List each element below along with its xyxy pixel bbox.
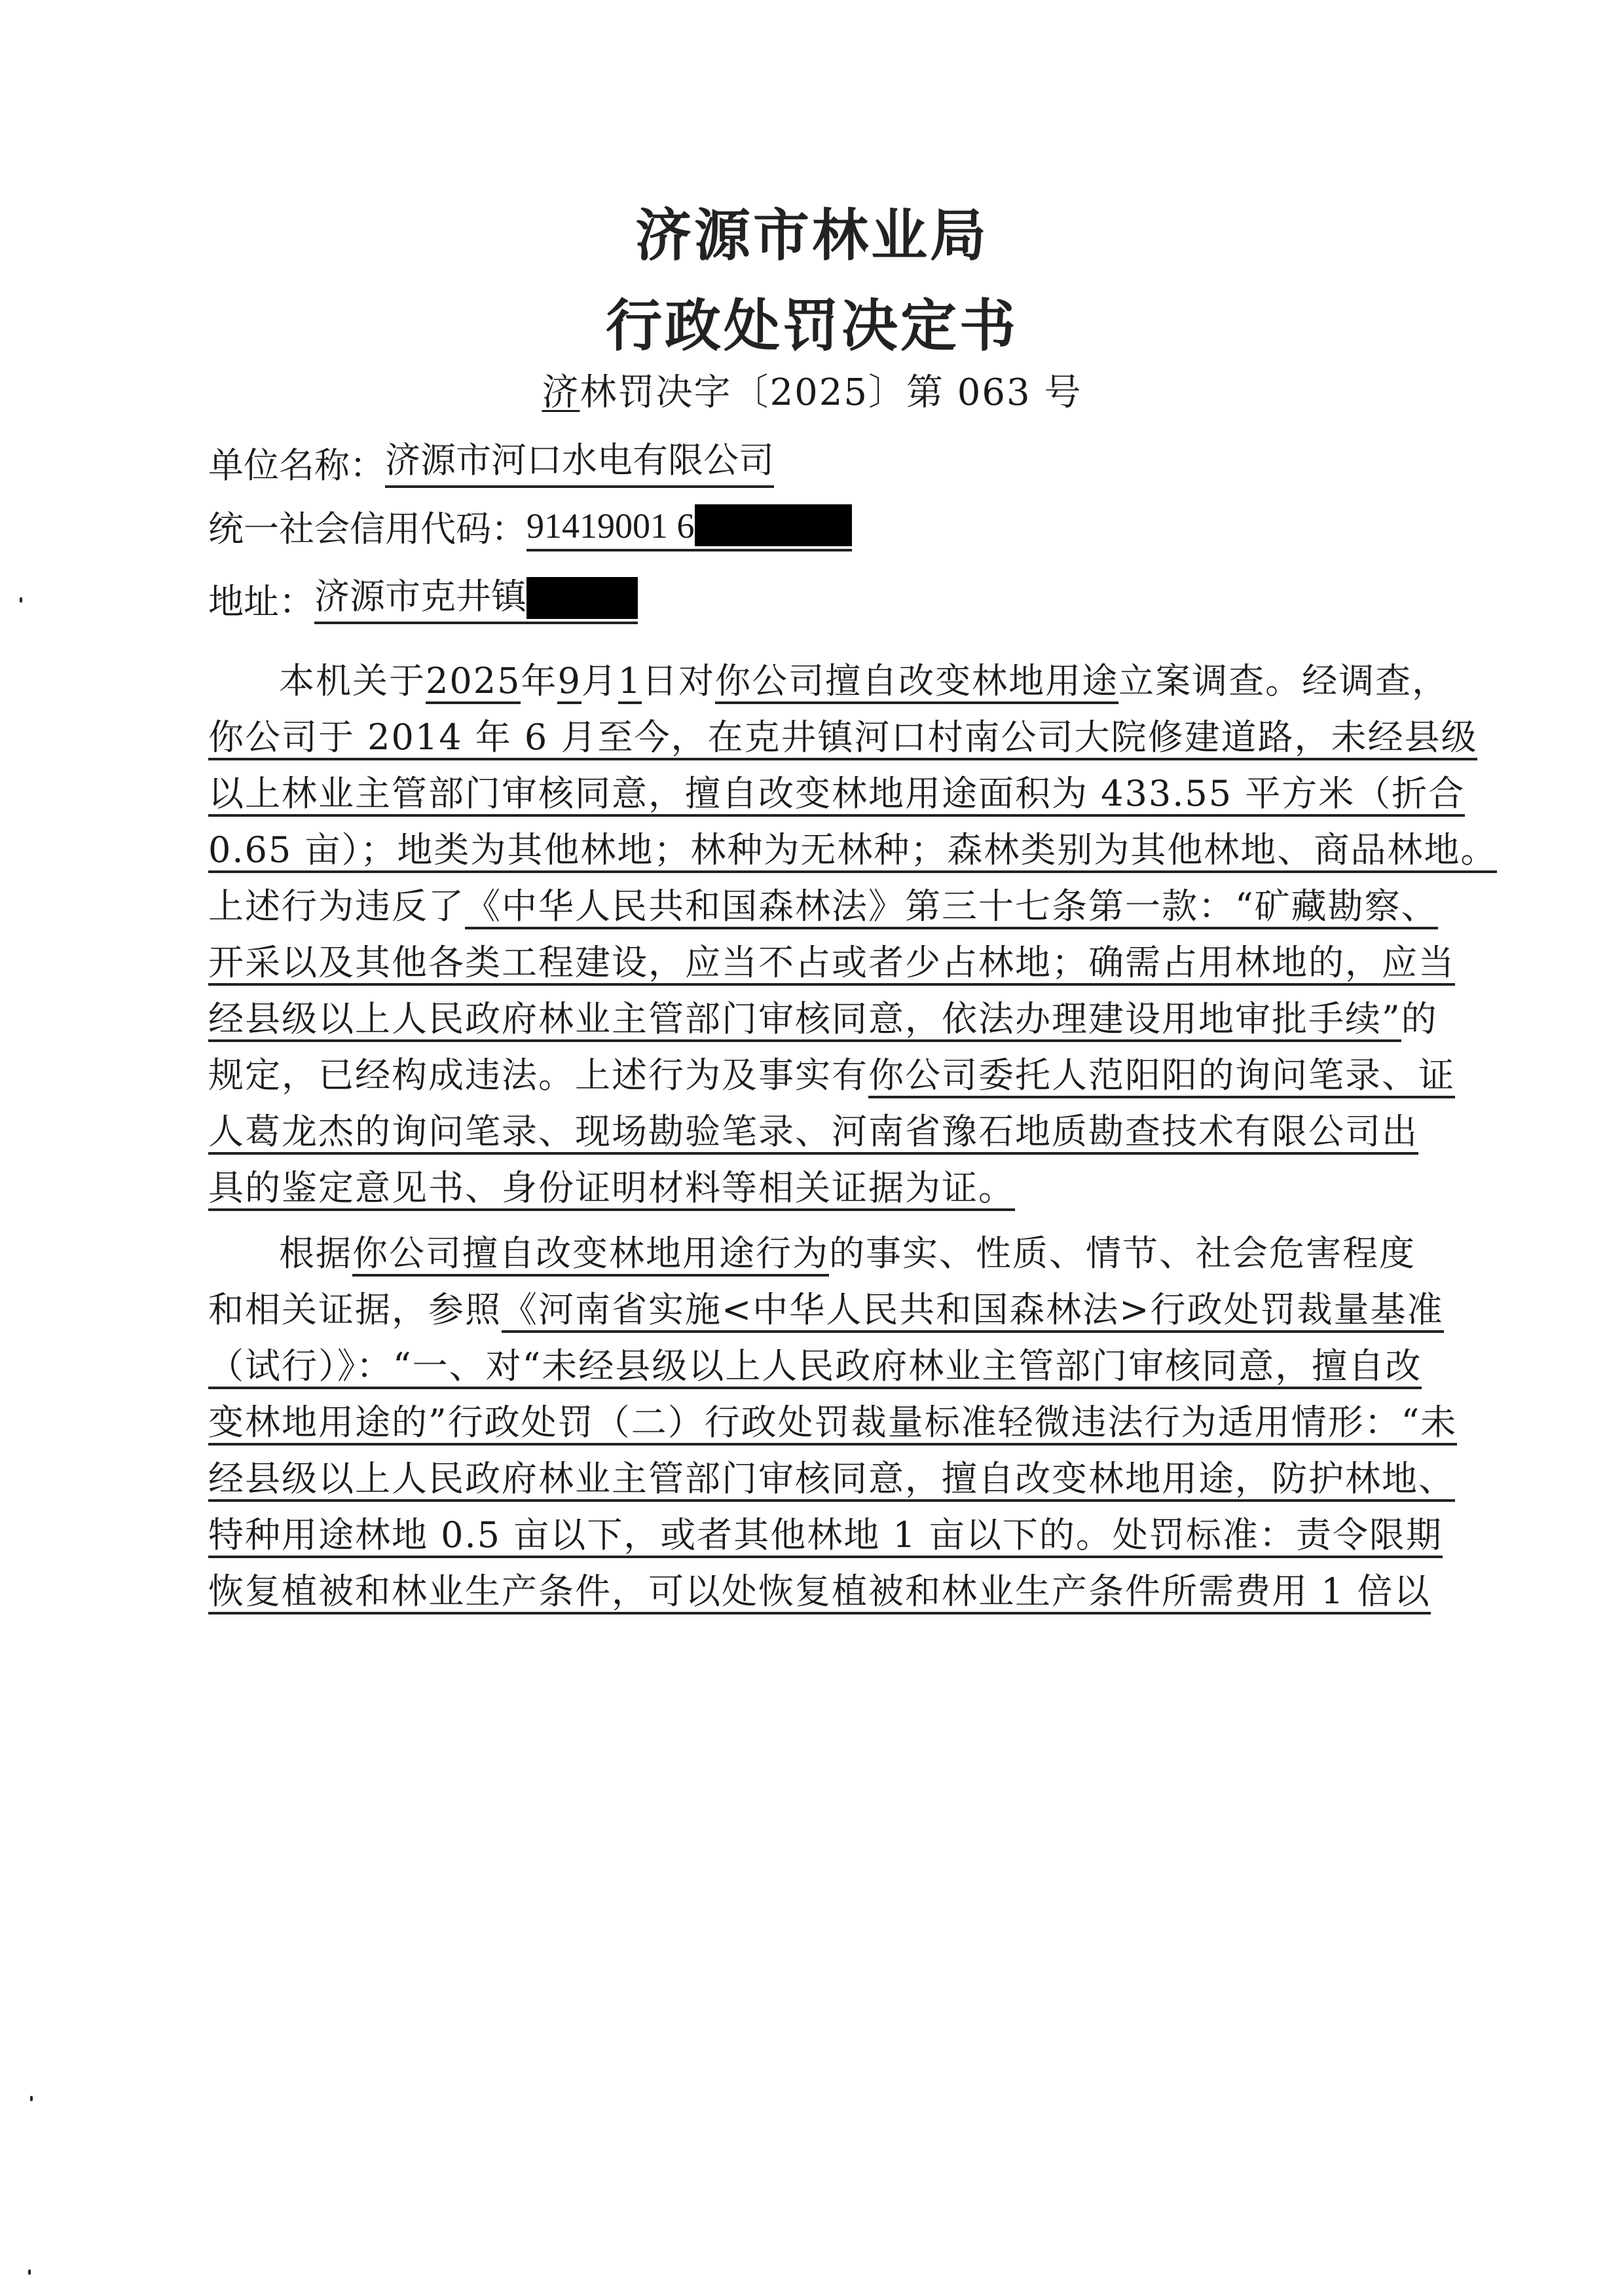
- body-text-segment: 的: [1401, 998, 1438, 1039]
- body-line: 以上林业主管部门审核同意，擅自改变林地用途面积为 433.55 平方米（折合: [208, 771, 1465, 817]
- body-text-segment: 年: [521, 660, 557, 701]
- body-line: 经县级以上人民政府林业主管部门审核同意，擅自改变林地用途，防护林地、: [208, 1456, 1455, 1502]
- address-visible: 济源市克井镇: [314, 569, 526, 619]
- body-line: 规定，已经构成违法。上述行为及事实有你公司委托人范阳阳的询问笔录、证: [208, 1053, 1455, 1098]
- underlined-text: 具的鉴定意见书、身份证明材料等相关证据为证。: [208, 1167, 1015, 1211]
- body-line: 变林地用途的”行政处罚（二）行政处罚裁量标准轻微违法行为适用情形：“未: [208, 1400, 1457, 1446]
- body-text-segment: 和相关证据，参照: [208, 1289, 502, 1330]
- body-line: 你公司于 2014 年 6 月至今，在克井镇河口村南公司大院修建道路，未经县级: [208, 715, 1477, 760]
- document-page: 济源市林业局 行政处罚决定书 济林罚决字〔2025〕第 063 号 单位名称： …: [0, 0, 1624, 2295]
- underlined-text: 经县级以上人民政府林业主管部门审核同意，擅自改变林地用途，防护林地、: [208, 1458, 1455, 1502]
- body-line: （试行）》：“一、对“未经县级以上人民政府林业主管部门审核同意，擅自改: [208, 1343, 1422, 1389]
- body-line: 0.65 亩）；地类为其他林地；林种为无林种；森林类别为其他林地、商品林地。: [208, 827, 1497, 873]
- underlined-text: 《河南省实施<中华人民共和国森林法>行政处罚裁量基准: [502, 1289, 1444, 1333]
- address-value: 济源市克井镇: [314, 569, 638, 624]
- body-line: 人葛龙杰的询问笔录、现场勘验笔录、河南省豫石地质勘查技术有限公司出: [208, 1109, 1418, 1155]
- body-line: 和相关证据，参照《河南省实施<中华人民共和国森林法>行政处罚裁量基准: [208, 1287, 1444, 1333]
- body-line: 经县级以上人民政府林业主管部门审核同意，依法办理建设用地审批手续”的: [208, 996, 1438, 1042]
- underlined-text: 2025: [426, 660, 521, 704]
- document-number-prefix: 济: [542, 371, 580, 414]
- party-name-value: 济源市河口水电有限公司: [385, 432, 774, 488]
- document-number: 济林罚决字〔2025〕第 063 号: [0, 364, 1624, 416]
- scan-speck: [20, 597, 22, 603]
- document-number-rest: 林罚决字〔2025〕第 063 号: [580, 371, 1082, 414]
- credit-code-redaction: [695, 504, 852, 546]
- body-text-segment: 本机关于: [279, 660, 426, 701]
- underlined-text: 你公司委托人范阳阳的询问笔录、证: [868, 1054, 1455, 1098]
- underlined-text: 经县级以上人民政府林业主管部门审核同意，依法办理建设用地审批手续”: [208, 998, 1401, 1042]
- underlined-text: 1: [618, 660, 642, 704]
- document-type-title: 行政处罚决定书: [0, 280, 1624, 362]
- body-text-segment: 的事实、性质、情节、社会危害程度: [829, 1233, 1416, 1274]
- underlined-text: 0.65 亩）；地类为其他林地；林种为无林种；森林类别为其他林地、商品林地。: [208, 829, 1497, 873]
- body-text-segment: 月: [581, 660, 618, 701]
- underlined-text: 开采以及其他各类工程建设，应当不占或者少占林地；确需占用林地的，应当: [208, 942, 1455, 986]
- underlined-text: 变林地用途的”行政处罚（二）行政处罚裁量标准轻微违法行为适用情形：“未: [208, 1402, 1457, 1446]
- underlined-text: 你公司于 2014 年 6 月至今，在克井镇河口村南公司大院修建道路，未经县级: [208, 717, 1477, 760]
- underlined-text: 你公司擅自改变林地用途行为: [352, 1233, 829, 1277]
- underlined-text: 你公司擅自改变林地用途: [715, 660, 1118, 704]
- body-line: 恢复植被和林业生产条件，可以处恢复植被和林业生产条件所需费用 1 倍以: [208, 1569, 1431, 1614]
- underlined-text: 人葛龙杰的询问笔录、现场勘验笔录、河南省豫石地质勘查技术有限公司出: [208, 1111, 1418, 1155]
- credit-code-visible: 91419001 6: [526, 506, 695, 546]
- address-redaction: [526, 577, 638, 619]
- underlined-text: 恢复植被和林业生产条件，可以处恢复植被和林业生产条件所需费用 1 倍以: [208, 1571, 1431, 1614]
- underlined-text: 9: [557, 660, 581, 704]
- body-text-segment: 日对: [642, 660, 715, 701]
- body-line: 上述行为违反了《中华人民共和国森林法》第三十七条第一款：“矿藏勘察、: [208, 884, 1438, 929]
- body-text-segment: 规定，已经构成违法。上述行为及事实有: [208, 1054, 868, 1096]
- scan-speck: [30, 2096, 33, 2101]
- body-line: 本机关于2025年9月1日对你公司擅自改变林地用途立案调查。经调查，: [208, 658, 1449, 704]
- underlined-text: 以上林业主管部门审核同意，擅自改变林地用途面积为 433.55 平方米（折合: [208, 773, 1465, 817]
- body-line: 根据你公司擅自改变林地用途行为的事实、性质、情节、社会危害程度: [208, 1231, 1416, 1277]
- address-field: 地址： 济源市克井镇: [208, 569, 638, 624]
- credit-code-label: 统一社会信用代码：: [208, 501, 526, 551]
- credit-code-value: 91419001 6: [526, 504, 852, 551]
- address-label: 地址：: [208, 574, 314, 624]
- body-text-segment: 根据: [279, 1233, 352, 1274]
- body-line: 开采以及其他各类工程建设，应当不占或者少占林地；确需占用林地的，应当: [208, 940, 1455, 986]
- underlined-text: （试行）》：“一、对“未经县级以上人民政府林业主管部门审核同意，擅自改: [208, 1345, 1422, 1389]
- underlined-text: 特种用途林地 0.5 亩以下，或者其他林地 1 亩以下的。处罚标准：责令限期: [208, 1514, 1443, 1558]
- body-line: 具的鉴定意见书、身份证明材料等相关证据为证。: [208, 1165, 1015, 1211]
- body-text-segment: 上述行为违反了: [208, 886, 465, 927]
- party-name-label: 单位名称：: [208, 438, 385, 488]
- body-text-segment: 立案调查。经调查，: [1118, 660, 1449, 701]
- scan-speck: [28, 2269, 31, 2275]
- underlined-text: 《中华人民共和国森林法》第三十七条第一款：“矿藏勘察、: [465, 886, 1438, 929]
- agency-title: 济源市林业局: [0, 190, 1624, 271]
- credit-code-field: 统一社会信用代码： 91419001 6: [208, 501, 852, 551]
- body-line: 特种用途林地 0.5 亩以下，或者其他林地 1 亩以下的。处罚标准：责令限期: [208, 1512, 1443, 1558]
- party-name-field: 单位名称： 济源市河口水电有限公司: [208, 432, 774, 488]
